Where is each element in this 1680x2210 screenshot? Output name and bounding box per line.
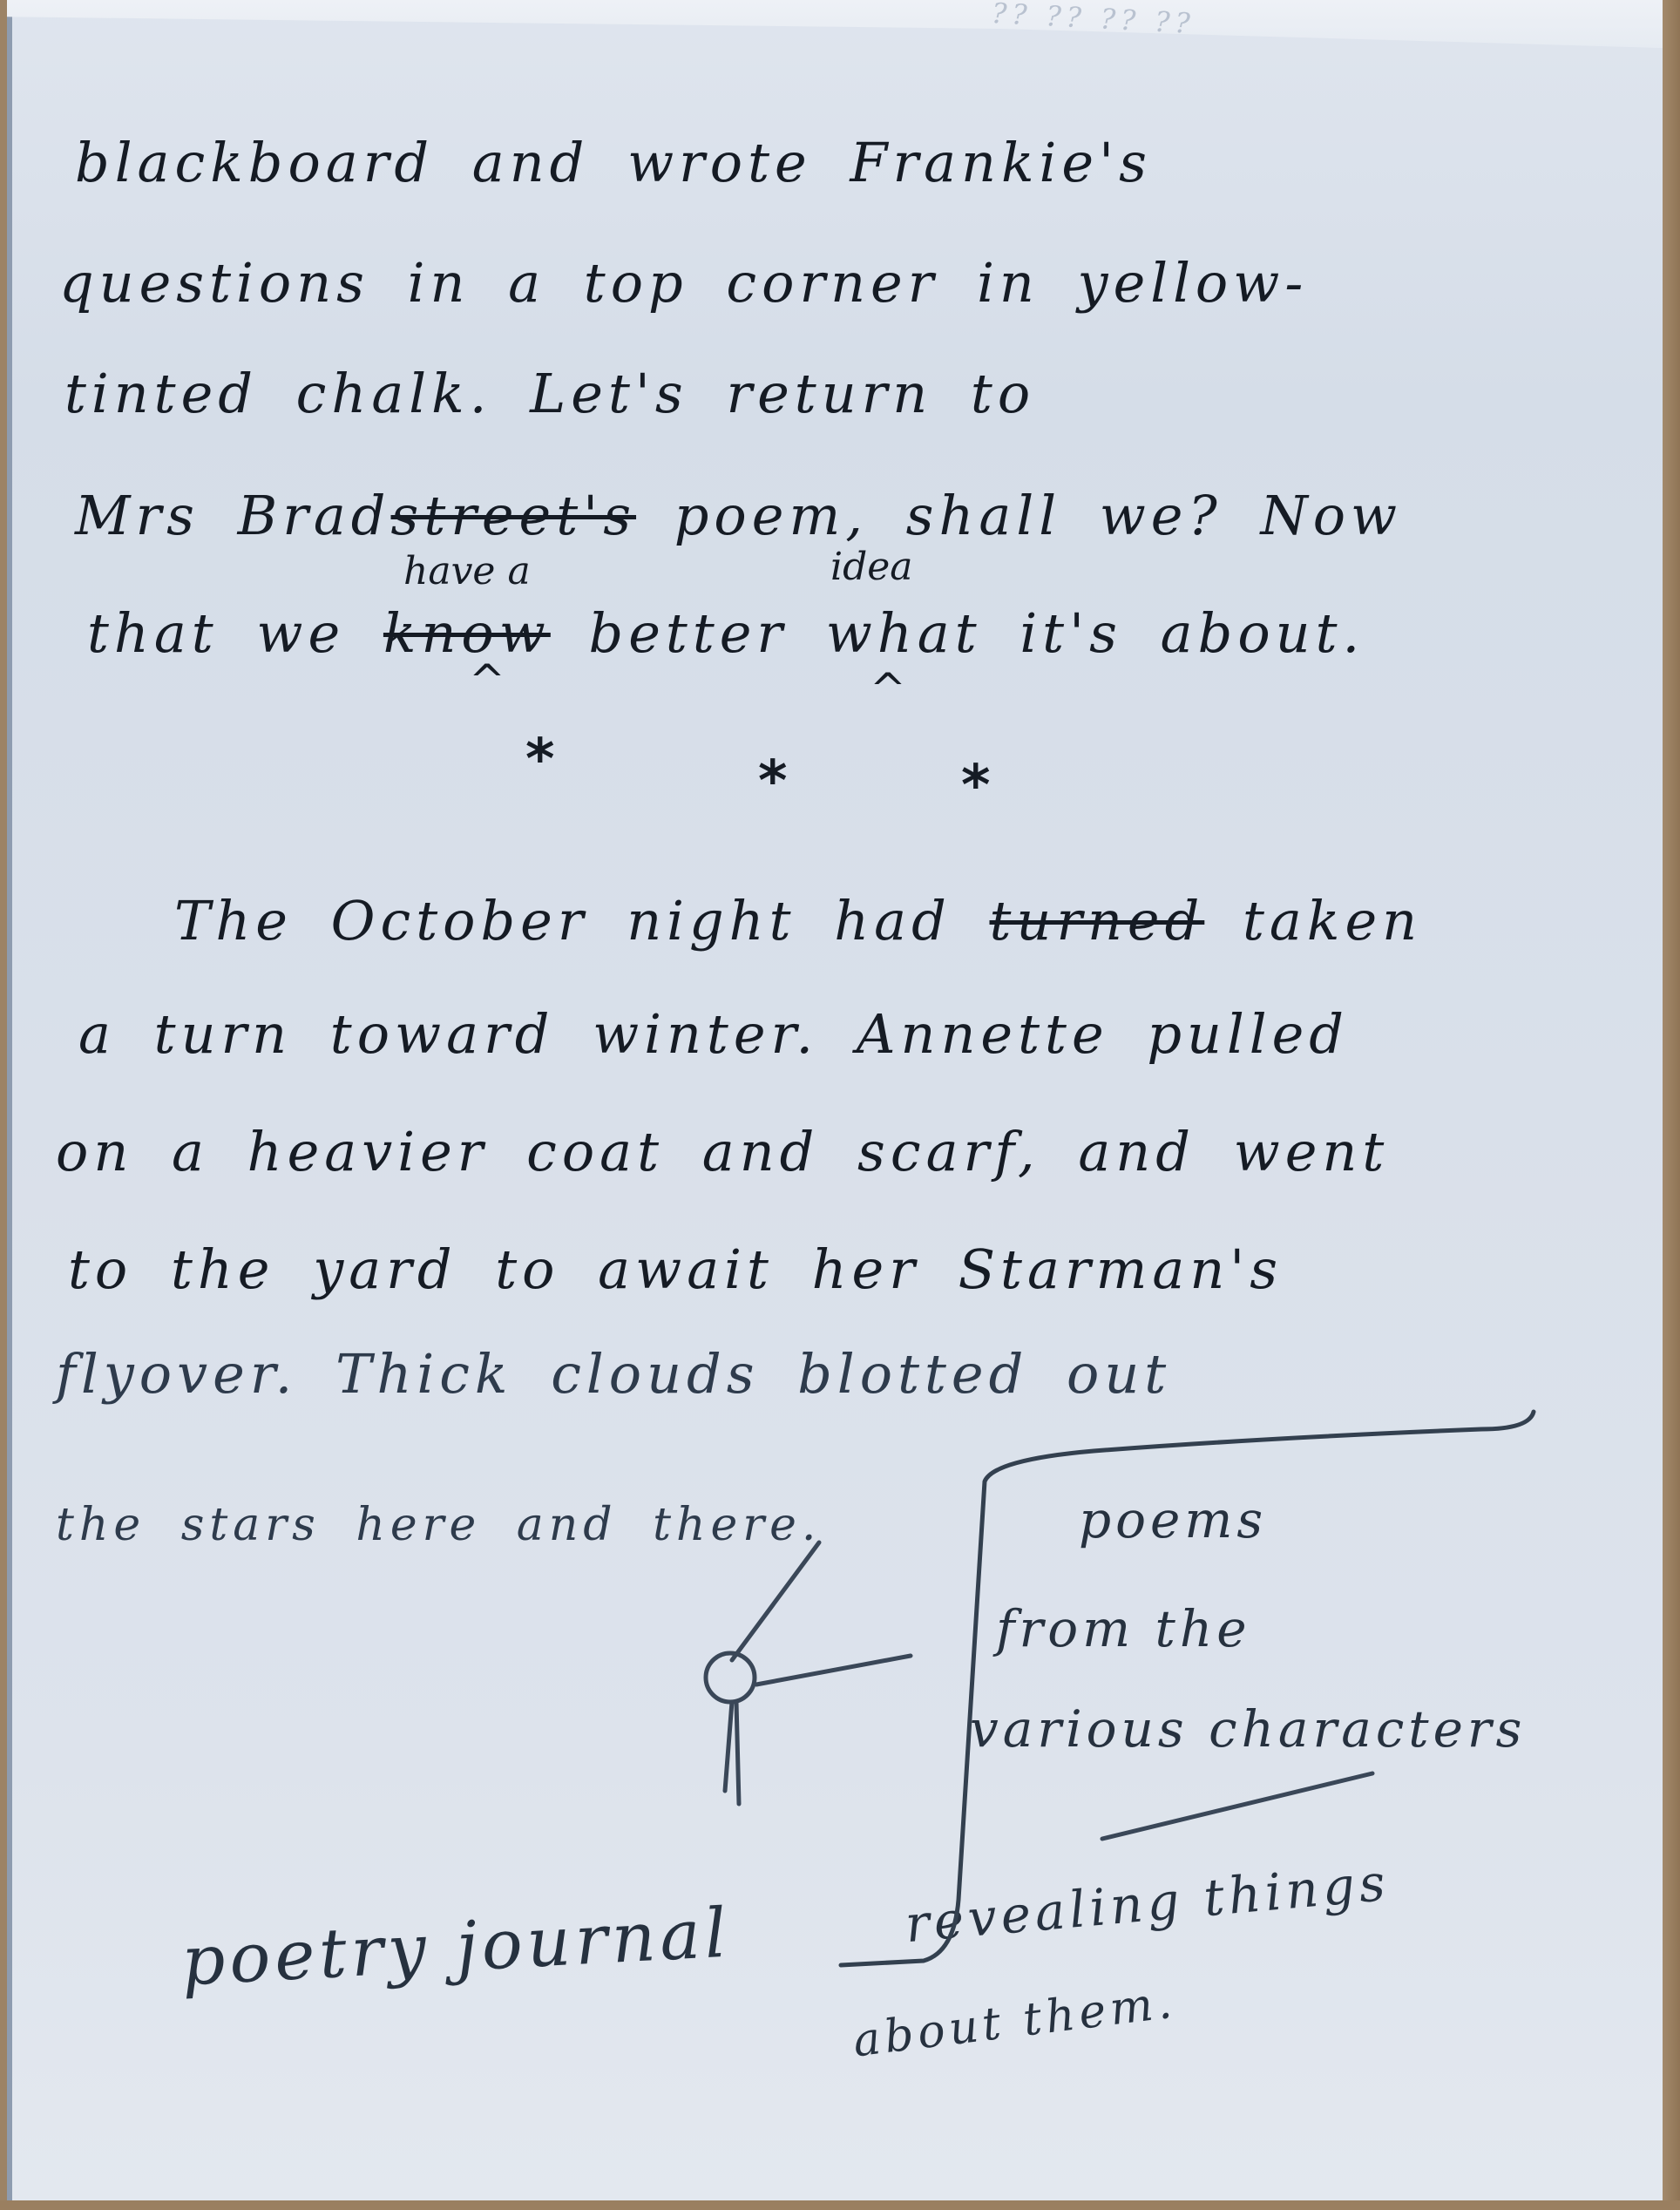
- text-line-5: that we know better what it's about.: [87, 601, 1365, 665]
- table-surface-edge: [0, 2200, 1680, 2210]
- para-line-6: the stars here and there.: [56, 1499, 821, 1551]
- insertion-have-a: have a: [403, 549, 531, 593]
- struck-word: know: [383, 601, 551, 665]
- text-line-2: questions in a top corner in yellow-: [59, 251, 1308, 315]
- para-line-1: The October night had turned taken: [174, 889, 1422, 952]
- margin-note-line-5: about them.: [850, 1976, 1179, 2068]
- text-line-5-pre: that we: [87, 601, 383, 665]
- underlying-sheet: [7, 0, 1663, 48]
- para-line-4: to the yard to await her Starman's: [68, 1237, 1283, 1301]
- text-line-4-pre: Mrs Brad: [75, 484, 391, 547]
- text-line-5-post: better what it's about.: [551, 601, 1365, 665]
- text-line-4: Mrs Bradstreet's poem, shall we? Now: [75, 484, 1402, 547]
- margin-note-line-1: poems: [1079, 1490, 1267, 1549]
- para-line-3: on a heavier coat and scarf, and went: [56, 1120, 1389, 1183]
- bleed-through-text: ?? ?? ?? ??: [991, 0, 1196, 40]
- para-line-2: a turn toward winter. Annette pulled: [78, 1002, 1349, 1066]
- insertion-caret-icon: ^: [469, 655, 505, 706]
- manuscript-page: ?? ?? ?? ?? blackboard and wrote Frankie…: [7, 0, 1663, 2200]
- para-line-5: flyover. Thick clouds blotted out: [56, 1342, 1171, 1406]
- poetry-journal-label: poetry journal: [180, 1895, 733, 2002]
- margin-note-line-2: from the: [996, 1599, 1251, 1658]
- struck-word: street's: [391, 484, 637, 547]
- insertion-idea: idea: [830, 545, 913, 589]
- margin-note-line-4: revealing things: [903, 1853, 1392, 1954]
- margin-note-line-3: various characters: [970, 1699, 1526, 1759]
- para-line-1-pre: The October night had: [174, 889, 990, 952]
- table-surface-edge: [1663, 0, 1680, 2210]
- para-line-1-post: taken: [1204, 889, 1422, 952]
- asterisk-icon: *: [525, 728, 554, 792]
- struck-word: turned: [990, 889, 1205, 952]
- asterisk-icon: *: [961, 754, 990, 818]
- text-line-3: tinted chalk. Let's return to: [64, 362, 1035, 425]
- asterisk-icon: *: [758, 749, 787, 814]
- insertion-caret-icon: ^: [870, 664, 906, 715]
- text-line-1: blackboard and wrote Frankie's: [75, 131, 1152, 194]
- text-line-4-post: poem, shall we? Now: [636, 484, 1402, 547]
